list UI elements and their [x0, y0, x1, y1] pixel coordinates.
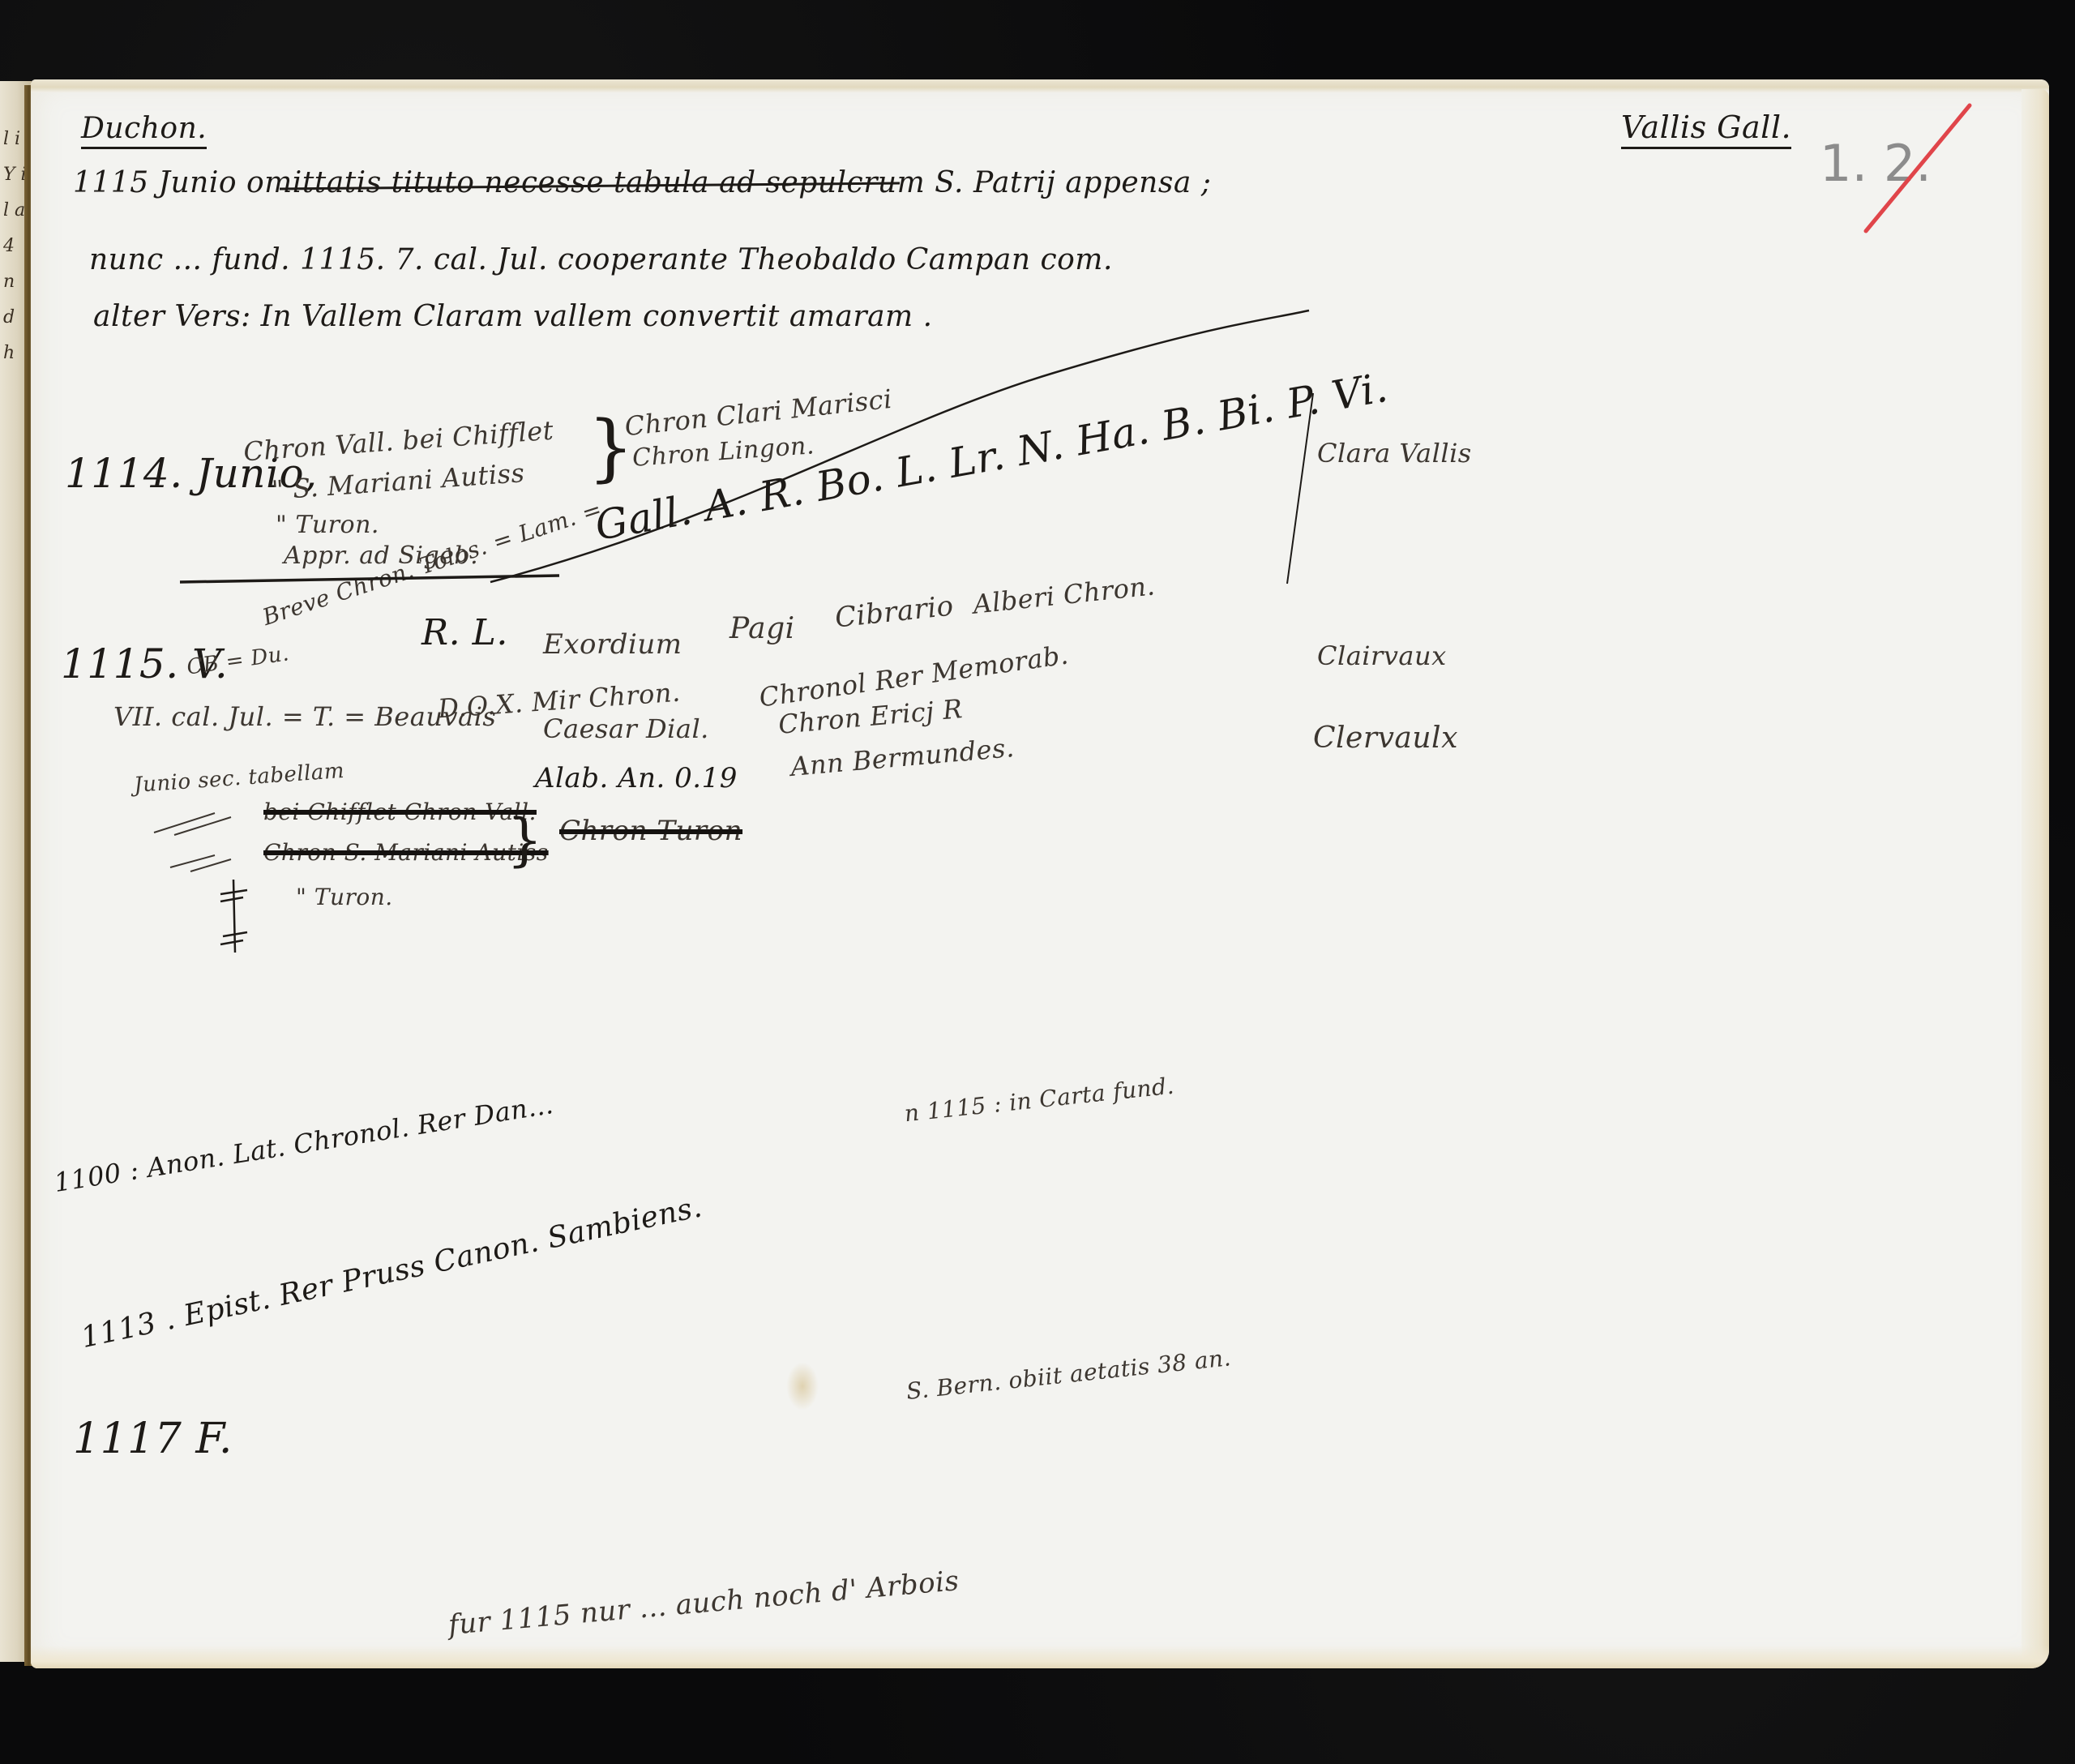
foxing-stain: [786, 1362, 819, 1411]
intro-line-2: nunc ... fund. 1115. 7. cal. Jul. cooper…: [89, 243, 1113, 276]
alab-note: Alab. An. 0.19: [535, 762, 738, 794]
r-l-marker: R. L.: [421, 612, 508, 653]
entry-1114-source: " Turon.: [276, 511, 379, 539]
caesar-dial: Caesar Dial.: [543, 713, 709, 744]
pagi: Pagi: [729, 612, 795, 645]
intro-line-1: 1115 Junio omittatis tituto necesse tabu…: [73, 166, 1211, 199]
intro-line-3: alter Vers: In Vallem Claram vallem conv…: [93, 300, 933, 333]
struck-line-2: Chron S. Mariani Autiss: [263, 839, 549, 866]
note-1117: 1117 F.: [73, 1415, 233, 1463]
right-column-clairvaux: Clairvaux: [1317, 640, 1447, 671]
brace-symbol-2: }: [507, 807, 543, 873]
heading-right: Vallis Gall.: [1621, 109, 1791, 149]
heading-left: Duchon.: [81, 112, 207, 149]
page-bottom-edge: [31, 1646, 2049, 1668]
struck-line-1: bei Chifflet Chron Vall.: [263, 799, 537, 825]
folio-number: 1. 2.: [1820, 134, 1932, 193]
page-top-edge: [31, 79, 2049, 92]
right-column-clara-vallis: Clara Vallis: [1317, 438, 1472, 469]
scan-stage: l i Y i l a 4 n d h Duchon. Vallis Gall.…: [0, 0, 2075, 1764]
struck-line-3: Chron Turon: [559, 815, 742, 847]
page-right-edge: [2022, 89, 2049, 1668]
turon-note: " Turon.: [296, 884, 393, 910]
right-column-clervaulx: Clervaulx: [1313, 721, 1458, 755]
exordium: Exordium: [543, 628, 682, 661]
